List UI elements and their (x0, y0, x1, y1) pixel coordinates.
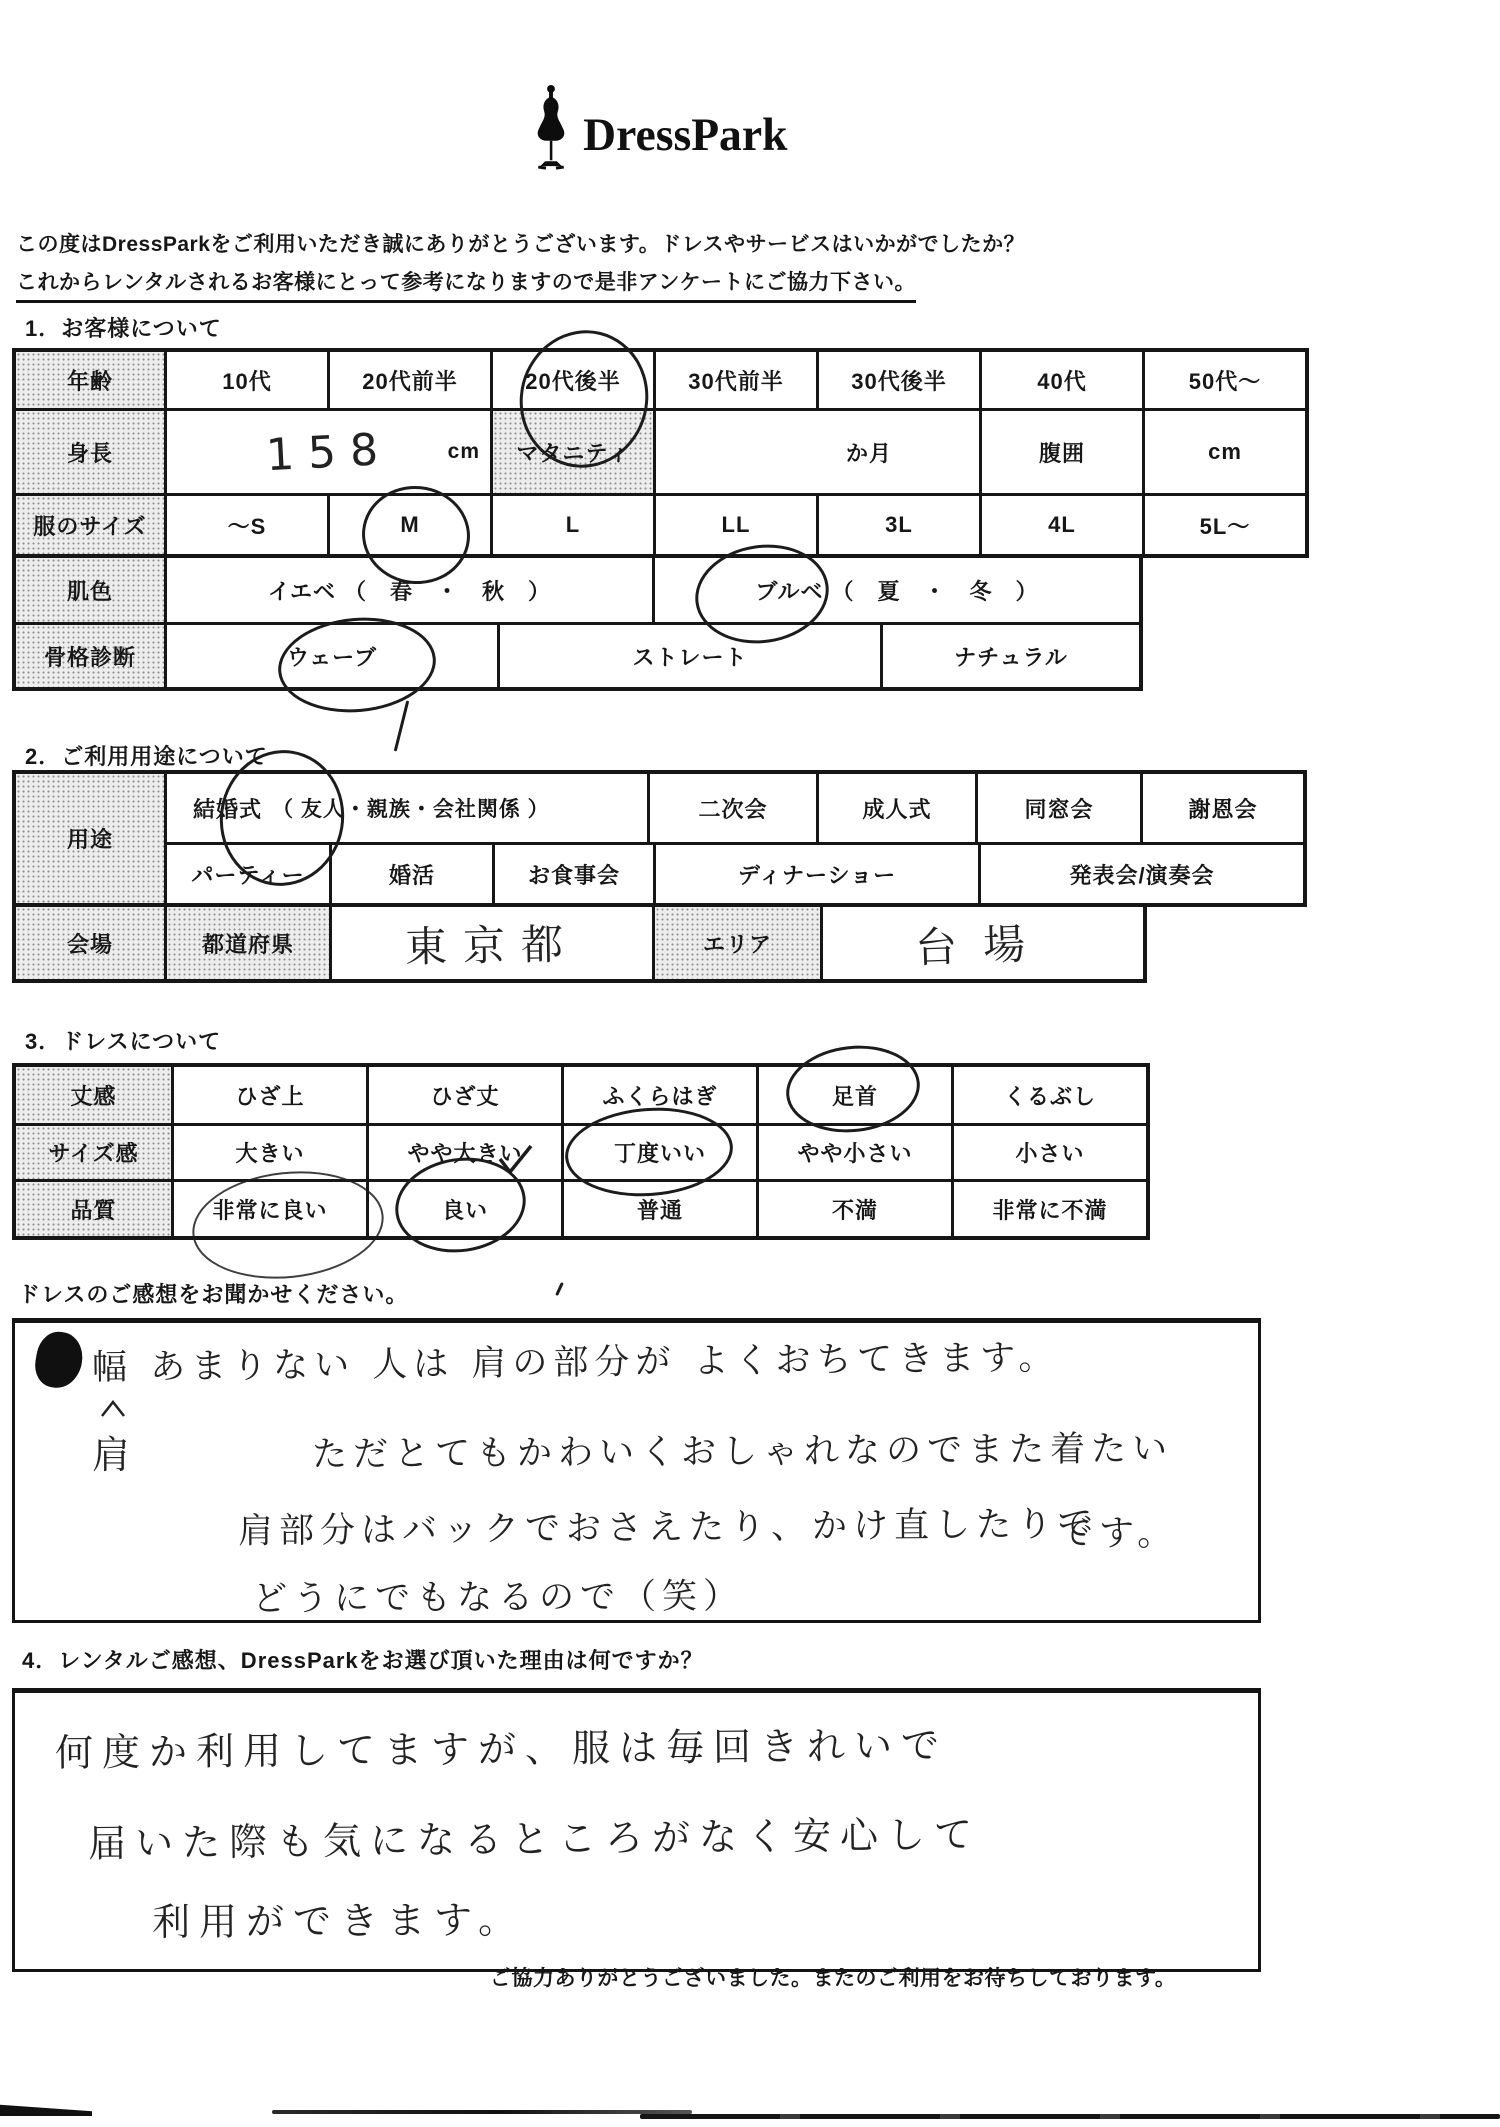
usage-option: お食事会 (495, 845, 653, 903)
fit-option: やや小さい (759, 1126, 951, 1179)
age-option: 30代後半 (819, 352, 979, 408)
usage-row-2: パーティー 婚活 お食事会 ディナーショー 発表会/演奏会 (167, 845, 1303, 903)
waist-unit-label: cm (1145, 411, 1305, 493)
frame-option: ナチュラル (883, 625, 1139, 687)
size-option: L (493, 496, 653, 554)
height-row: 身長 158 cm マタニティ か月 腹囲 cm (16, 411, 1305, 493)
customer-table: 年齢 10代 20代前半 20代後半 30代前半 30代後半 40代 50代～ … (12, 348, 1309, 691)
age-row: 年齢 10代 20代前半 20代後半 30代前半 30代後半 40代 50代～ (16, 352, 1305, 408)
skin-blue-note: （ 夏 ・ 冬 ） (832, 575, 1039, 606)
size-option: ～S (167, 496, 327, 554)
age-option: 30代前半 (656, 352, 816, 408)
rental-line-2: 届いた際も気になるところがなく安心して (88, 1803, 982, 1867)
stray-pen-mark (555, 1282, 564, 1296)
quality-option: 不満 (759, 1182, 951, 1236)
ink-blot (31, 1328, 86, 1391)
venue-row: 会場 都道府県 東京都 エリア 台場 (16, 907, 1143, 979)
feedback-line-4: どうにでもなるので（笑） (252, 1569, 744, 1622)
length-option: ひざ上 (174, 1067, 366, 1123)
usage-option: 発表会/演奏会 (981, 845, 1303, 903)
rental-line-1: 何度か利用してますが、服は毎回きれいで (55, 1714, 948, 1777)
area-value-handwritten: 台場 (914, 911, 1052, 976)
prefecture-input-cell: 東京都 (332, 907, 652, 979)
length-row-label: 丈感 (16, 1067, 171, 1123)
usage-option: 同窓会 (978, 774, 1140, 842)
scanned-questionnaire: DressPark この度はDressParkをご利用いただき誠にありがとうござ… (0, 0, 1500, 2127)
size-option: 4L (982, 496, 1142, 554)
size-row: 服のサイズ ～S M L LL 3L 4L 5L～ (16, 496, 1305, 554)
scan-artifact (272, 2110, 692, 2114)
fit-option: 大きい (174, 1126, 366, 1179)
frame-option: ストレート (500, 625, 880, 687)
insertion-character: 肩 (92, 1424, 130, 1479)
section-4-heading: 4．レンタルご感想、DressParkをお選び頂いた理由は何ですか？ (22, 1644, 704, 1675)
usage-option: ディナーショー (656, 845, 978, 903)
section-3-heading: 3．ドレスについて (25, 1025, 221, 1056)
height-input-cell: 158 cm (167, 411, 490, 493)
logo-text: DressPark (583, 108, 787, 162)
frame-row: 骨格診断 ウェーブ ストレート ナチュラル (16, 625, 1139, 687)
dress-feedback-prompt: ドレスのご感想をお聞かせください。 (18, 1278, 408, 1309)
length-option: ひざ丈 (369, 1067, 561, 1123)
dress-form-icon (530, 84, 572, 172)
area-input-cell: 台場 (823, 907, 1143, 979)
maternity-months-cell: か月 (656, 411, 979, 493)
rental-line-3: 利用ができます。 (152, 1889, 525, 1947)
height-value-handwritten: 158 (264, 423, 392, 481)
quality-row-label: 品質 (16, 1182, 171, 1236)
size-option: 5L～ (1145, 496, 1305, 554)
size-option: LL (656, 496, 816, 554)
logo: DressPark (530, 84, 791, 172)
length-row: 丈感 ひざ上 ひざ丈 ふくらはぎ 足首 くるぶし (16, 1067, 1146, 1123)
skin-yellow-note: （ 春 ・ 秋 ） (344, 575, 551, 606)
quality-option: 非常に不満 (954, 1182, 1146, 1236)
fit-row-label: サイズ感 (16, 1126, 171, 1179)
usage-table: 用途 結婚式 （ 友人・親族・会社関係 ） 二次会 成人式 同窓会 謝恩会 パー… (12, 770, 1307, 983)
feedback-line-1: 幅 あまりない 人は 肩の部分が よくおちてきます。 (36, 1332, 1059, 1388)
quality-row: 品質 非常に良い 良い 普通 不満 非常に不満 (16, 1182, 1146, 1236)
skin-yellow-word: イエベ (268, 575, 336, 606)
waist-label: 腹囲 (982, 411, 1142, 493)
footer-thanks: ご協力ありがとうございました。またのご利用をお待ちしております。 (490, 1962, 1176, 1992)
section-1-heading: 1．お客様について (25, 312, 222, 343)
usage-option: 謝恩会 (1143, 774, 1303, 842)
prefecture-label: 都道府県 (167, 907, 329, 979)
frame-row-label: 骨格診断 (16, 625, 164, 687)
intro-thanks: この度はDressParkをご利用いただき誠にありがとうございます。ドレスやサー… (16, 228, 1025, 258)
insertion-caret-icon (100, 1400, 126, 1418)
size-row-label: 服のサイズ (16, 496, 164, 554)
feedback-line-2: ただとてもかわいくおしゃれなのでまた着たい (312, 1421, 1173, 1477)
usage-option: 婚活 (332, 845, 492, 903)
age-option: 10代 (167, 352, 327, 408)
venue-row-label: 会場 (16, 907, 164, 979)
age-option: 40代 (982, 352, 1142, 408)
feedback-line-3-tail: です。 (1058, 1506, 1178, 1556)
section-2-heading: 2．ご利用用途について (25, 740, 268, 771)
check-icon (497, 1143, 535, 1177)
pen-tail-stroke (394, 700, 409, 751)
height-row-label: 身長 (16, 411, 164, 493)
size-option: 3L (819, 496, 979, 554)
height-unit-label: cm (448, 440, 480, 464)
fit-option: 小さい (954, 1126, 1146, 1179)
feedback-line-3: 肩部分はバックでおさえたり、かけ直したりで (238, 1496, 1099, 1554)
area-label: エリア (655, 907, 820, 979)
age-option: 50代～ (1145, 352, 1305, 408)
prefecture-value-handwritten: 東京都 (404, 911, 579, 974)
scan-artifact (640, 2114, 1500, 2119)
length-option: くるぶし (954, 1067, 1146, 1123)
skin-row-label: 肌色 (16, 558, 164, 622)
feedback-line-1-text: 幅 あまりない 人は 肩の部分が よくおちてきます。 (92, 1330, 1060, 1390)
age-option: 20代前半 (330, 352, 490, 408)
intro-request: これからレンタルされるお客様にとって参考になりますので是非アンケートにご協力下さ… (16, 266, 916, 303)
scan-artifact (0, 2100, 92, 2116)
skin-row: 肌色 イエベ （ 春 ・ 秋 ） ブルベ （ 夏 ・ 冬 ） (16, 558, 1139, 622)
usage-option: 二次会 (650, 774, 816, 842)
usage-row-label: 用途 (16, 774, 164, 903)
age-row-label: 年齢 (16, 352, 164, 408)
usage-option: 成人式 (819, 774, 975, 842)
